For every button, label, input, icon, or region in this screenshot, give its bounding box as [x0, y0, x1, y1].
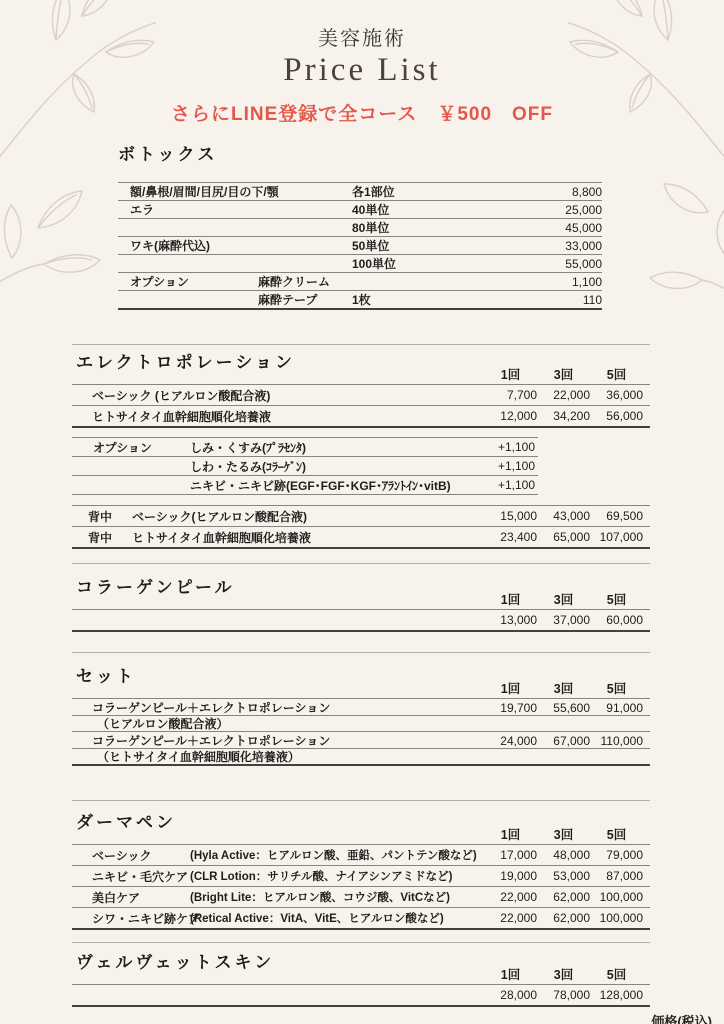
service-subname: 麻酔クリーム	[258, 273, 352, 290]
service-name: オプション	[118, 273, 258, 290]
option-name: ニキビ・ニキビ跡(EGF･FGF･KGF･ｱﾗﾝﾄｲﾝ･vitB)	[190, 477, 465, 494]
column-headers: 1回 3回 5回	[484, 679, 650, 697]
table-row: 美白ケア (Bright Lite：ヒアルロン酸、コウジ酸、VitCなど) 22…	[72, 886, 650, 907]
column-header: 5回	[590, 365, 643, 383]
collagen-peel-price-table: 13,000 37,000 60,000	[72, 609, 650, 632]
price-5: 100,000	[590, 890, 643, 904]
table-row: ベーシック (ヒアルロン酸配合液) 7,700 22,000 36,000	[72, 384, 650, 405]
unit: 各1部位	[352, 183, 522, 200]
service-name: ベーシック(ヒアルロン酸配合液)	[132, 508, 484, 525]
section-velvet-skin: ヴェルヴェットスキン 1回 3回 5回 28,000 78,000 128,00…	[72, 942, 650, 1007]
section-dermapen: ダーマペン 1回 3回 5回 ベーシック (Hyla Active：ヒアルロン酸…	[72, 800, 650, 930]
service-detail: (CLR Lotion：サリチル酸、ナイアシンアミドなど)	[190, 868, 484, 884]
botox-price-table: 額/鼻根/眉間/目尻/目の下/顎 各1部位 8,800 エラ 40単位 25,0…	[118, 182, 602, 310]
tax-included-note: 価格(税込)	[72, 1011, 712, 1024]
column-header: 5回	[590, 825, 643, 843]
unit: 80単位	[352, 219, 522, 236]
price-3: 34,200	[537, 409, 590, 423]
price-3: 43,000	[537, 509, 590, 523]
velvet-skin-price-table: 28,000 78,000 128,000	[72, 984, 650, 1007]
option-name: しみ・くすみ(ﾌﾟﾗｾﾝﾀ)	[190, 439, 465, 456]
unit: 1枚	[352, 291, 522, 308]
page-title-japanese: 美容施術	[0, 26, 724, 52]
price-5: 100,000	[590, 911, 643, 925]
section-divider	[72, 652, 650, 653]
table-row: オプション 麻酔クリーム 1,100	[118, 272, 602, 290]
section-divider	[72, 344, 650, 345]
price-5: 107,000	[590, 530, 643, 544]
table-row: コラーゲンピール＋エレクトロポレーション 19,700 55,600 91,00…	[72, 698, 650, 715]
table-row: 28,000 78,000 128,000	[72, 984, 650, 1005]
column-header: 3回	[537, 365, 590, 383]
column-headers: 1回 3回 5回	[484, 365, 650, 383]
service-note: （ヒアルロン酸配合液）	[72, 715, 650, 731]
set-price-table: コラーゲンピール＋エレクトロポレーション 19,700 55,600 91,00…	[72, 698, 650, 766]
option-name: しわ・たるみ(ｺﾗｰｹﾞﾝ)	[190, 458, 465, 475]
price-5: 36,000	[590, 388, 643, 402]
electroporation-price-table: ベーシック (ヒアルロン酸配合液) 7,700 22,000 36,000 ヒト…	[72, 384, 650, 428]
table-row: しわ・たるみ(ｺﾗｰｹﾞﾝ) +1,100	[72, 456, 538, 475]
price: 1,100	[522, 275, 602, 289]
section-header: エレクトロポレーション 1回 3回 5回	[72, 351, 650, 375]
price-3: 22,000	[537, 388, 590, 402]
price-3: 37,000	[537, 613, 590, 627]
service-name: ワキ(麻酔代込)	[118, 237, 258, 254]
price-1: 23,400	[484, 530, 537, 544]
price: 25,000	[522, 203, 602, 217]
table-row: 麻酔テープ 1枚 110	[118, 290, 602, 308]
price-1: 7,700	[484, 388, 537, 402]
price: 33,000	[522, 239, 602, 253]
service-name: コラーゲンピール＋エレクトロポレーション	[72, 732, 484, 749]
price-1: 12,000	[484, 409, 537, 423]
column-headers: 1回 3回 5回	[484, 590, 650, 608]
price-3: 53,000	[537, 869, 590, 883]
service-name: ベーシック (ヒアルロン酸配合液)	[72, 387, 484, 404]
price-3: 62,000	[537, 911, 590, 925]
service-name: ニキビ・毛穴ケア	[72, 868, 190, 885]
price: 45,000	[522, 221, 602, 235]
table-row: 背中 ベーシック(ヒアルロン酸配合液) 15,000 43,000 69,500	[72, 505, 650, 526]
unit: 100単位	[352, 255, 522, 272]
price-5: 91,000	[590, 701, 643, 715]
section-title: エレクトロポレーション	[72, 351, 295, 375]
column-header: 3回	[537, 679, 590, 697]
price: 110	[522, 293, 602, 307]
section-divider	[72, 800, 650, 801]
column-header: 3回	[537, 965, 590, 983]
table-row: コラーゲンピール＋エレクトロポレーション 24,000 67,000 110,0…	[72, 731, 650, 748]
table-row: 13,000 37,000 60,000	[72, 609, 650, 630]
option-price: +1,100	[465, 478, 535, 492]
page-header: 美容施術 Price List さらにLINE登録で全コース ￥500 OFF	[0, 0, 724, 127]
price-5: 110,000	[590, 734, 643, 748]
section-set: セット 1回 3回 5回 コラーゲンピール＋エレクトロポレーション 19,700…	[72, 652, 650, 766]
price-1: 15,000	[484, 509, 537, 523]
price: 8,800	[522, 185, 602, 199]
section-header: セット 1回 3回 5回	[72, 665, 650, 689]
price-3: 62,000	[537, 890, 590, 904]
service-note: （ヒトサイタイ血幹細胞順化培養液）	[72, 748, 650, 764]
service-name: シワ・ニキビ跡ケア	[72, 910, 190, 927]
electroporation-back-table: 背中 ベーシック(ヒアルロン酸配合液) 15,000 43,000 69,500…	[72, 505, 650, 549]
service-name: コラーゲンピール＋エレクトロポレーション	[72, 699, 484, 716]
table-row: ヒトサイタイ血幹細胞順化培養液 12,000 34,200 56,000	[72, 405, 650, 426]
section-header: コラーゲンピール 1回 3回 5回	[72, 576, 650, 600]
price-1: 22,000	[484, 890, 537, 904]
price-1: 17,000	[484, 848, 537, 862]
price-1: 22,000	[484, 911, 537, 925]
table-row: ワキ(麻酔代込) 50単位 33,000	[118, 236, 602, 254]
table-row: オプション しみ・くすみ(ﾌﾟﾗｾﾝﾀ) +1,100	[72, 437, 538, 456]
price-1: 19,700	[484, 701, 537, 715]
unit: 40単位	[352, 201, 522, 218]
unit: 50単位	[352, 237, 522, 254]
service-name: エラ	[118, 201, 258, 218]
column-headers: 1回 3回 5回	[484, 965, 650, 983]
table-row: 80単位 45,000	[118, 218, 602, 236]
table-row: 100単位 55,000	[118, 254, 602, 272]
table-row: 背中 ヒトサイタイ血幹細胞順化培養液 23,400 65,000 107,000	[72, 526, 650, 547]
service-detail: (Retical Active：VitA、VitE、ヒアルロン酸など)	[190, 910, 484, 926]
table-row: 額/鼻根/眉間/目尻/目の下/顎 各1部位 8,800	[118, 182, 602, 200]
table-row: ベーシック (Hyla Active：ヒアルロン酸、亜鉛、パントテン酸など) 1…	[72, 844, 650, 865]
price-1: 28,000	[484, 988, 537, 1002]
price-3: 48,000	[537, 848, 590, 862]
price: 55,000	[522, 257, 602, 271]
column-header: 5回	[590, 590, 643, 608]
column-header: 5回	[590, 679, 643, 697]
column-headers: 1回 3回 5回	[484, 825, 650, 843]
option-label: オプション	[72, 439, 190, 456]
table-row: エラ 40単位 25,000	[118, 200, 602, 218]
price-1: 24,000	[484, 734, 537, 748]
service-name: ヒトサイタイ血幹細胞順化培養液	[132, 529, 484, 546]
price-3: 65,000	[537, 530, 590, 544]
section-title: ヴェルヴェットスキン	[72, 951, 274, 975]
price-3: 55,600	[537, 701, 590, 715]
price-3: 67,000	[537, 734, 590, 748]
section-title: ボトックス	[118, 143, 602, 167]
column-header: 5回	[590, 965, 643, 983]
section-title: コラーゲンピール	[72, 576, 235, 600]
option-price: +1,100	[465, 440, 535, 454]
dermapen-price-table: ベーシック (Hyla Active：ヒアルロン酸、亜鉛、パントテン酸など) 1…	[72, 844, 650, 930]
section-collagen-peel: コラーゲンピール 1回 3回 5回 13,000 37,000 60,000	[72, 563, 650, 632]
section-title: ダーマペン	[72, 811, 176, 835]
body-area: 背中	[72, 508, 132, 525]
price-5: 69,500	[590, 509, 643, 523]
service-name: 美白ケア	[72, 889, 190, 906]
table-row: ニキビ・毛穴ケア (CLR Lotion：サリチル酸、ナイアシンアミドなど) 1…	[72, 865, 650, 886]
table-row: シワ・ニキビ跡ケア (Retical Active：VitA、VitE、ヒアルロ…	[72, 907, 650, 928]
service-subname: 麻酔テープ	[258, 291, 352, 308]
price-3: 78,000	[537, 988, 590, 1002]
price-5: 56,000	[590, 409, 643, 423]
section-header: ダーマペン 1回 3回 5回	[72, 811, 650, 835]
section-title: セット	[72, 665, 136, 689]
service-detail: (Bright Lite：ヒアルロン酸、コウジ酸、VitCなど)	[190, 889, 484, 905]
price-5: 87,000	[590, 869, 643, 883]
section-header: ヴェルヴェットスキン 1回 3回 5回	[72, 951, 650, 975]
price-1: 13,000	[484, 613, 537, 627]
price-5: 128,000	[590, 988, 643, 1002]
service-name: ヒトサイタイ血幹細胞順化培養液	[72, 408, 484, 425]
price-1: 19,000	[484, 869, 537, 883]
service-name: 額/鼻根/眉間/目尻/目の下/顎	[118, 183, 258, 200]
column-header: 3回	[537, 590, 590, 608]
section-electroporation: エレクトロポレーション 1回 3回 5回 ベーシック (ヒアルロン酸配合液) 7…	[72, 344, 650, 549]
price-5: 60,000	[590, 613, 643, 627]
column-header: 1回	[484, 965, 537, 983]
service-detail: (Hyla Active：ヒアルロン酸、亜鉛、パントテン酸など)	[190, 847, 484, 863]
electroporation-options-table: オプション しみ・くすみ(ﾌﾟﾗｾﾝﾀ) +1,100 しわ・たるみ(ｺﾗｰｹﾞ…	[72, 437, 538, 495]
column-header: 1回	[484, 825, 537, 843]
body-area: 背中	[72, 529, 132, 546]
column-header: 1回	[484, 590, 537, 608]
price-5: 79,000	[590, 848, 643, 862]
section-botox: ボトックス 額/鼻根/眉間/目尻/目の下/顎 各1部位 8,800 エラ 40単…	[118, 143, 602, 310]
table-row: ニキビ・ニキビ跡(EGF･FGF･KGF･ｱﾗﾝﾄｲﾝ･vitB) +1,100	[72, 475, 538, 494]
column-header: 3回	[537, 825, 590, 843]
section-divider	[72, 563, 650, 564]
page-title: Price List	[0, 52, 724, 88]
line-promo-banner: さらにLINE登録で全コース ￥500 OFF	[0, 103, 724, 127]
service-name: ベーシック	[72, 847, 190, 864]
column-header: 1回	[484, 365, 537, 383]
column-header: 1回	[484, 679, 537, 697]
option-price: +1,100	[465, 459, 535, 473]
section-divider	[72, 942, 650, 943]
